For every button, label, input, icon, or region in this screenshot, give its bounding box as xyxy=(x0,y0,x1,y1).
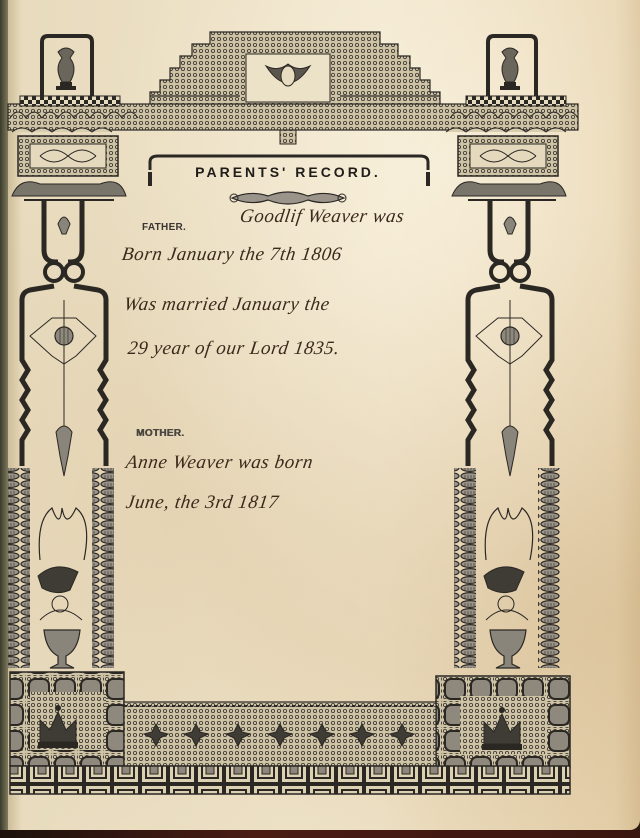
twisted-column-icon xyxy=(454,468,476,668)
bird-and-flowers-icon xyxy=(38,508,87,620)
record-page: PARENTS' RECORD. FATHER. Goodlif Weaver … xyxy=(0,0,640,830)
vase-icon xyxy=(490,630,526,668)
father-line-4: 29 year of our Lord 1835. xyxy=(126,338,341,360)
father-line-2: Born January the 7th 1806 xyxy=(120,244,343,266)
square-key-border xyxy=(10,766,570,794)
left-column xyxy=(22,200,106,476)
vase-icon xyxy=(44,630,80,668)
mother-line-1: Anne Weaver was born xyxy=(124,452,314,474)
father-line-3: Was married January the xyxy=(122,294,331,316)
urn-icon xyxy=(500,48,520,90)
mother-label: MOTHER. xyxy=(136,428,184,439)
father-label: FATHER. xyxy=(142,222,186,233)
bird-and-flowers-icon xyxy=(484,508,533,620)
urn-icon xyxy=(56,48,76,90)
right-column xyxy=(468,200,552,476)
title-banner: PARENTS' RECORD. xyxy=(148,156,428,188)
globe-pendant-icon xyxy=(55,327,73,345)
page-title: PARENTS' RECORD. xyxy=(195,164,381,180)
twisted-column-icon xyxy=(8,468,30,668)
scroll-flourish-icon xyxy=(230,192,346,204)
entablature-band xyxy=(8,104,578,130)
book-edge-shadow xyxy=(0,830,640,838)
mother-line-2: June, the 3rd 1817 xyxy=(124,492,280,514)
twisted-column-icon xyxy=(538,468,560,668)
printed-border-ornament xyxy=(0,0,640,830)
father-line-1: Goodlif Weaver was xyxy=(238,206,405,228)
twisted-column-icon xyxy=(92,468,114,668)
globe-pendant-icon xyxy=(501,327,519,345)
